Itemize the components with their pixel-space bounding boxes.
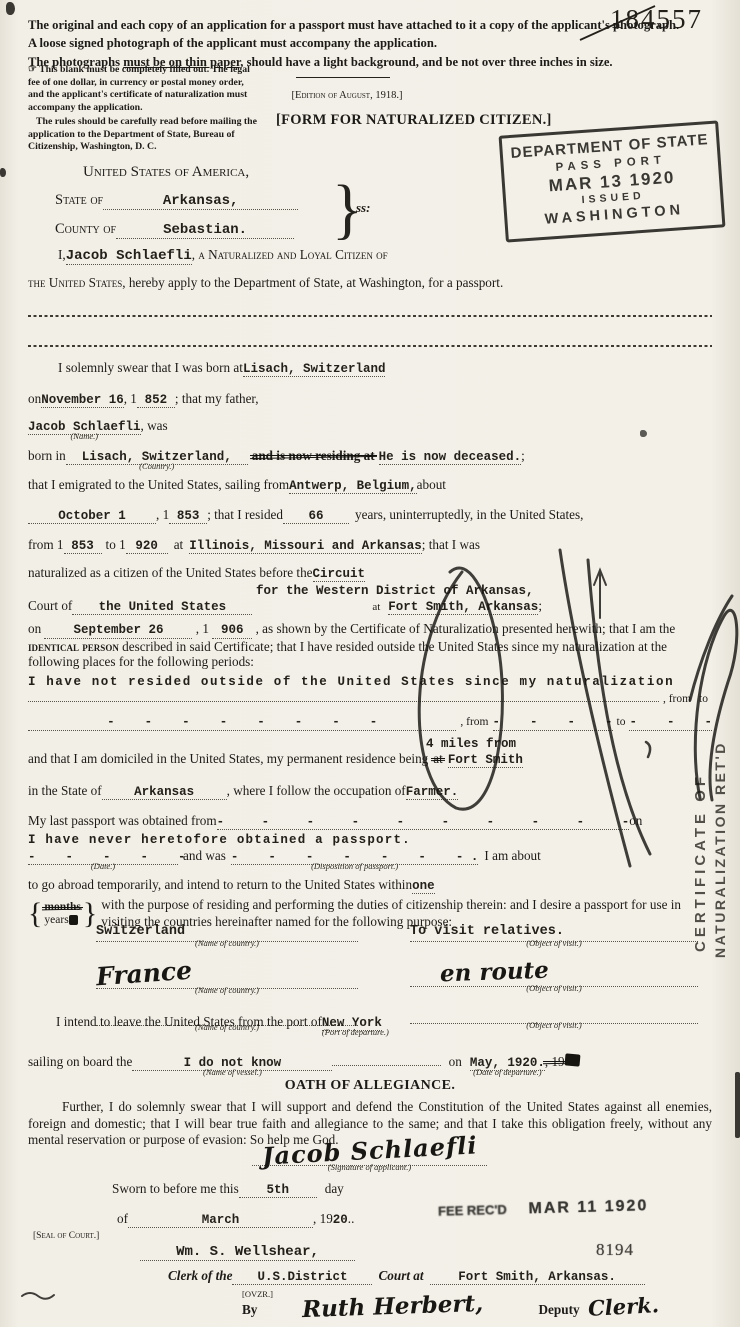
states-resided-value: Illinois, Missouri and Arkansas	[189, 539, 422, 553]
from-word-2: , from	[456, 716, 492, 728]
dashes10-value: - - - - - - - - - -	[217, 815, 630, 829]
filing-instructions-p2: The rules should be carefully read befor…	[28, 116, 258, 154]
clerk-name-value: Wm. S. Wellshear,	[176, 1244, 319, 1260]
apply-phrase: hereby apply to the Department of State,…	[126, 275, 504, 290]
port-field: New York(Port of departure.)	[322, 1014, 382, 1031]
nat-tail-b: described in said Certificate; that I ha…	[28, 639, 667, 670]
dashes4-value: - - - -	[493, 715, 613, 729]
state-label: State of	[55, 192, 103, 209]
court-of-label: Court of	[28, 598, 72, 614]
state-value: Arkansas,	[163, 193, 239, 209]
month-field: March	[128, 1211, 313, 1228]
semicolon-2: ;	[538, 598, 542, 614]
naturalization-date-paragraph: on September 26 , 1 906 , as shown by th…	[28, 621, 712, 670]
born-in-label: born in	[28, 448, 66, 464]
year-prefix-3: , 1	[196, 621, 209, 636]
country-row-1: Switzerland(Name of country.)	[96, 922, 358, 942]
manicule-icon: ☞	[28, 64, 37, 75]
father-name-field: Jacob Schlaefli(Name.)	[28, 418, 141, 435]
birth-year-value: 852	[145, 393, 168, 407]
passport-application-document: 184557 The original and each copy of an …	[0, 0, 740, 1327]
month-year-line: of March , 19 20 ..	[117, 1211, 354, 1228]
court-name-field: the United States	[72, 598, 252, 615]
object-caption-2: (Object of visit.)	[410, 983, 698, 993]
month-value: March	[202, 1213, 240, 1227]
sail-date-field: October 1	[28, 507, 156, 524]
dashes-field-3: - - -	[629, 715, 712, 731]
deputy-word: Deputy	[539, 1302, 580, 1318]
dashes3-value: - - -	[629, 715, 712, 729]
born-at-field: Lisach, Switzerland	[243, 360, 386, 377]
dashes-field-1: - - - - - - - -	[28, 715, 456, 731]
deputy-line: By Ruth Herbert, Deputy Clerk.	[242, 1293, 659, 1320]
year-dots: ..	[348, 1211, 355, 1227]
county-label: County of	[55, 221, 116, 238]
and-was-label: and was	[178, 848, 231, 864]
state-field: Arkansas,	[103, 192, 298, 210]
venue-county-line: County of Sebastian.	[55, 221, 365, 239]
date-disposition-line: - - - - -(Date.) and was - - - - - - - .…	[28, 848, 712, 865]
clerk-name-field: Wm. S. Wellshear,	[140, 1243, 355, 1261]
birth-date-field: November 16	[41, 391, 124, 408]
birth-year-field: 852	[137, 391, 175, 408]
on-label-2: on	[28, 621, 41, 636]
resided-years-value: 66	[308, 509, 323, 523]
nat-date-value: September 26	[73, 623, 163, 637]
vessel-label: sailing on board the	[28, 1054, 132, 1070]
country-caption: (Country.)	[66, 461, 248, 471]
filing-instructions: ☞ This blank must be completely filled o…	[28, 64, 258, 155]
sail-date-value: October 1	[58, 509, 126, 523]
file-number: 8194	[596, 1240, 634, 1260]
edition-note: [Edition of August, 1918.]	[262, 90, 432, 101]
emigrated-label: that I emigrated to the United States, s…	[28, 477, 289, 493]
filing-instructions-p1-text: This blank must be completely filled out…	[28, 64, 250, 113]
seal-of-court-note: [Seal of Court.]	[33, 1231, 99, 1241]
paper-blemish	[0, 168, 6, 177]
miles-insert-value: 4 miles from	[426, 737, 516, 751]
photograph-notice: The original and each copy of an applica…	[28, 16, 704, 71]
day-field: 5th	[239, 1181, 317, 1198]
state-value-2: Arkansas	[134, 785, 194, 799]
vessel-field: I do not know(Name of vessel.)	[132, 1054, 332, 1071]
object-1-value: To visit relatives.	[410, 924, 564, 939]
port-line: I intend to leave the United States from…	[28, 1014, 712, 1031]
year-prefix-2: , 1	[156, 507, 169, 523]
by-word: By	[242, 1296, 257, 1318]
court-type-value: Circuit	[313, 567, 366, 581]
blank-dashed-line-1	[28, 315, 712, 317]
name-caption: (Name.)	[28, 431, 141, 441]
resided-years-field: 66	[283, 507, 349, 524]
clerk-script-word: Clerk.	[587, 1292, 659, 1321]
father-status-field: He is now deceased.	[379, 448, 522, 465]
residence-city-value: Fort Smith	[448, 753, 523, 767]
sworn-label: Sworn to before me this	[112, 1181, 239, 1197]
certificate-stamp-line-2: NATURALIZATION RET'D	[712, 741, 728, 958]
to-word-1: to	[695, 693, 712, 705]
paper-blemish	[735, 1072, 740, 1138]
birth-date-value: November 16	[41, 393, 124, 407]
last-passport-label: My last passport was obtained from	[28, 813, 217, 829]
i-am-about: I am about	[478, 848, 540, 864]
notice-line-1: The original and each copy of an applica…	[28, 16, 704, 34]
applicant-signature-block: Jacob Schlaefli (Signature of applicant.…	[252, 1136, 487, 1166]
district-insert-value: for the Western District of Arkansas,	[256, 584, 534, 598]
object-row-2: en route(Object of visit.)	[410, 959, 698, 987]
from-label: from 1	[28, 537, 64, 553]
resided-tail: years, uninterruptedly, in the United St…	[349, 507, 583, 523]
fee-received-stamp: FEE REC'D MAR 11 1920	[438, 1197, 649, 1221]
united-states-phrase: the United States,	[28, 275, 126, 290]
naturalized-label: naturalized as a citizen of the United S…	[28, 565, 313, 581]
at-struck: at	[433, 751, 443, 767]
sworn-statement: I solemnly swear that I was born at Lisa…	[28, 360, 712, 931]
country-1-value: Switzerland	[96, 924, 185, 939]
state-field-2: Arkansas	[102, 783, 227, 800]
dashes-field-2: - - - -	[493, 715, 613, 731]
disposition-caption: (Disposition of passport.)	[231, 861, 479, 871]
that-i-was: ; that I was	[422, 537, 480, 553]
period-blank-1a	[28, 686, 659, 702]
country-caption-2: (Name of country.)	[96, 985, 358, 995]
venue-country: United States of America,	[55, 164, 365, 181]
born-at-value: Lisach, Switzerland	[243, 362, 386, 376]
state-label-2: in the State of	[28, 783, 102, 799]
father-birthplace-line: born in Lisach, Switzerland,(Country.) a…	[28, 448, 712, 465]
father-birthplace-field: Lisach, Switzerland,(Country.)	[66, 448, 248, 465]
dashes8-value: - - - - - - - -	[107, 715, 377, 729]
applicant-intro: I, Jacob Schlaefli , a Naturalized and L…	[28, 247, 712, 291]
fee-stamp-label: FEE REC'D	[438, 1202, 507, 1219]
date-caption: (Date.)	[28, 861, 178, 871]
port-label: I intend to leave the United States from…	[28, 1014, 322, 1030]
clerk-of-label: Clerk of the	[168, 1268, 232, 1284]
intro-line-1: I, Jacob Schlaefli , a Naturalized and L…	[28, 247, 712, 265]
last-passport-line: My last passport was obtained from - - -…	[28, 813, 712, 830]
from-year-field: 853	[64, 537, 102, 554]
paper-blemish	[640, 430, 647, 437]
country-caption-1: (Name of country.)	[96, 938, 358, 948]
state-occupation-line: in the State of Arkansas , where I follo…	[28, 783, 712, 800]
applicant-name-value: Jacob Schlaefli	[66, 248, 192, 264]
return-field: one	[412, 877, 435, 894]
district-insert-line: for the Western District of Arkansas,	[28, 582, 712, 598]
domicile-line: and that I am domiciled in the United St…	[28, 751, 712, 768]
department-of-state-stamp: DEPARTMENT OF STATE PASS PORT MAR 13 192…	[499, 120, 726, 242]
vessel-caption: (Name of vessel.)	[132, 1067, 332, 1077]
return-line: to go abroad temporarily, and intend to …	[28, 877, 712, 894]
ss-abbreviation: ss:	[356, 200, 370, 216]
naturalized-line: naturalized as a citizen of the United S…	[28, 565, 712, 582]
i-label: I,	[28, 247, 66, 263]
miles-insert-line: 4 miles from	[28, 735, 712, 751]
identical-person: identical person	[28, 639, 119, 654]
filing-instructions-p1: ☞ This blank must be completely filled o…	[28, 64, 258, 115]
citizen-phrase: , a Naturalized and Loyal Citizen of	[192, 247, 388, 263]
father-name-line: Jacob Schlaefli(Name.) , was	[28, 418, 712, 435]
residence-period-line: from 1 853 to 1 920 at Illinois, Missour…	[28, 537, 712, 554]
return-value: one	[412, 879, 435, 893]
country-row-2: France(Name of country.)	[96, 959, 358, 989]
nat-tail-a: , as shown by the Certificate of Natural…	[256, 621, 676, 636]
on-word-4: on	[441, 1054, 470, 1070]
court-name-value: the United States	[99, 600, 227, 614]
last-passport-field: - - - - - - - - - -	[217, 813, 630, 830]
sworn-line: Sworn to before me this 5th day	[112, 1181, 344, 1198]
court-line: Court of the United States at Fort Smith…	[28, 598, 712, 615]
sailed-from-value: Antwerp, Belgium,	[289, 479, 417, 493]
county-field: Sebastian.	[116, 221, 294, 239]
residing-struck-text: and is now residing at	[252, 448, 375, 464]
court-place-field-2: Fort Smith, Arkansas.	[430, 1268, 645, 1285]
return-label: to go abroad temporarily, and intend to …	[28, 877, 412, 893]
fee-stamp-date: MAR 11 1920	[528, 1197, 648, 1217]
semicolon-1: ;	[521, 448, 525, 464]
at-word: at	[168, 537, 190, 553]
certificate-stamp-line-1: CERTIFICATE OF	[692, 773, 709, 952]
venue-block: United States of America, State of Arkan…	[55, 164, 365, 239]
edition-rule	[296, 77, 390, 78]
court-place-field: Fort Smith, Arkansas	[388, 598, 538, 615]
from-to-blank-line-2: - - - - - - - - , from - - - - to - - -	[28, 715, 712, 731]
domiciled-label: and that I am domiciled in the United St…	[28, 751, 428, 767]
never-passport-line: I have never heretofore obtained a passp…	[28, 831, 712, 847]
object-caption-1: (Object of visit.)	[410, 938, 698, 948]
on-word-3: on	[629, 813, 642, 829]
nat-date-field: September 26	[44, 621, 192, 639]
born-at-line: I solemnly swear that I was born at Lisa…	[28, 360, 712, 377]
court-type-field-2: U.S.District	[232, 1268, 372, 1285]
sail-year-field: 853	[169, 507, 207, 524]
county-value: Sebastian.	[163, 222, 247, 238]
to-year-value: 920	[135, 539, 158, 553]
residence-city-field: Fort Smith	[448, 751, 523, 768]
year-prefix-1: , 1	[124, 391, 137, 407]
father-lead: ; that my father,	[175, 391, 259, 407]
occupation-value: Farmer.	[406, 785, 459, 799]
vessel-field-extension	[332, 1050, 440, 1066]
day-value: 5th	[266, 1183, 289, 1197]
object-row-1: To visit relatives.(Object of visit.)	[410, 922, 698, 942]
birth-date-line: on November 16 , 1 852 ; that my father,	[28, 391, 712, 408]
oath-title: OATH OF ALLEGIANCE.	[28, 1078, 712, 1094]
deputy-signature: Ruth Herbert,	[302, 1290, 484, 1323]
states-resided-field: Illinois, Missouri and Arkansas	[189, 537, 422, 554]
from-word-1: , from	[659, 693, 695, 705]
about-word: about	[417, 477, 446, 493]
vessel-line: sailing on board the I do not know(Name …	[28, 1050, 712, 1071]
year-value-2: 20	[333, 1213, 348, 1227]
born-at-label: I solemnly swear that I was born at	[28, 360, 243, 376]
court-type-value-2: U.S.District	[257, 1270, 347, 1284]
nat-year-field: 906	[212, 621, 252, 639]
father-status-value: He is now deceased.	[379, 450, 522, 464]
never-passport-typed: I have never heretofore obtained a passp…	[28, 833, 411, 847]
intro-line-2: the United States, hereby apply to the D…	[28, 275, 712, 291]
to-word-2: to	[613, 716, 630, 728]
port-caption: (Port of departure.)	[322, 1027, 382, 1037]
year-stub-struck: , 19	[545, 1054, 565, 1070]
occupation-field: Farmer.	[406, 783, 459, 800]
notice-line-2: A loose signed photograph of the applica…	[28, 34, 704, 52]
day-word: day	[317, 1181, 344, 1197]
occupation-label: , where I follow the occupation of	[227, 783, 406, 799]
months-word: months	[44, 901, 80, 914]
on-label: on	[28, 391, 41, 407]
date-blank-field: - - - - -(Date.)	[28, 848, 178, 865]
to-year-field: 920	[126, 537, 168, 554]
sail-date-line: October 1 , 1 853 ; that I resided 66 ye…	[28, 507, 712, 524]
sailed-from-field: Antwerp, Belgium,	[289, 477, 417, 494]
signature-caption: (Signature of applicant.)	[252, 1162, 487, 1172]
departure-date-caption: (Date of departure.)	[470, 1067, 545, 1077]
was-word: , was	[141, 418, 168, 434]
departure-section: I intend to leave the United States from…	[28, 1014, 712, 1071]
disposition-field: - - - - - - - .(Disposition of passport.…	[231, 848, 479, 865]
notice-line-3-post: should have a light background, and be n…	[243, 55, 612, 69]
from-year-value: 853	[71, 539, 94, 553]
from-to-blank-line-1: , from to	[28, 686, 712, 705]
year-stub-2: , 19	[313, 1211, 333, 1227]
form-title: [FORM FOR NATURALIZED CITIZEN.]	[276, 112, 552, 129]
sail-year-value: 853	[177, 509, 200, 523]
court-place-value: Fort Smith, Arkansas	[388, 600, 538, 614]
court-at-label: Court at	[372, 1268, 429, 1284]
resided-label: ; that I resided	[207, 507, 283, 523]
emigrated-line: that I emigrated to the United States, s…	[28, 477, 712, 494]
to-label: to 1	[102, 537, 126, 553]
applicant-name-field: Jacob Schlaefli	[66, 247, 192, 265]
of-word: of	[117, 1211, 128, 1227]
clerk-title-line: Clerk of the U.S.District Court at Fort …	[168, 1268, 645, 1285]
venue-state-line: State of Arkansas,	[55, 192, 365, 210]
paper-blemish	[6, 2, 15, 15]
at-word-2: at	[252, 601, 388, 613]
court-place-value-2: Fort Smith, Arkansas.	[458, 1270, 616, 1284]
nat-year-value: 906	[221, 623, 244, 637]
departure-date-field: May, 1920.(Date of departure.)	[470, 1054, 545, 1071]
court-type-field: Circuit	[313, 565, 366, 582]
blank-dashed-line-2	[28, 345, 712, 347]
ink-blot-year	[564, 1053, 580, 1066]
